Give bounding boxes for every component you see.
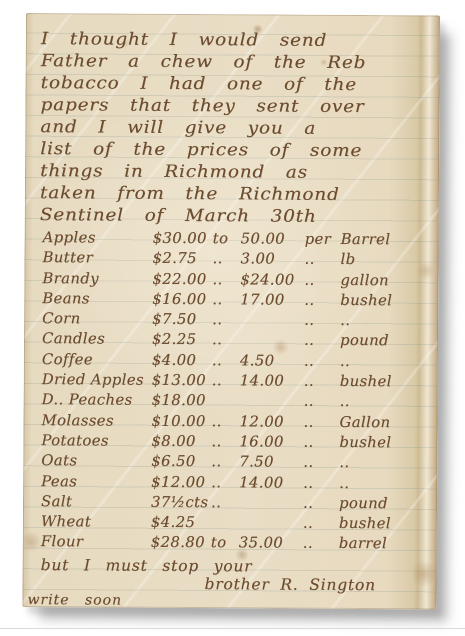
price-item: Corn: [42, 310, 152, 328]
price-connector-2: ..: [304, 292, 340, 309]
price-from: $18.00: [152, 392, 212, 409]
letter-photo: I thought I would send Father a chew of …: [0, 0, 465, 636]
price-item: Apples: [43, 229, 153, 247]
price-from: $4.00: [152, 352, 212, 369]
price-row: Peas $12.00 .. 14.00 .. ..: [23, 473, 437, 496]
price-item: Molasses: [41, 412, 151, 430]
price-unit: ..: [339, 454, 437, 472]
price-unit: bushel: [340, 292, 438, 310]
letter-line: I thought I would send: [41, 28, 440, 53]
price-unit: pound: [340, 332, 438, 350]
price-row: Butter $2.75 .. 3.00 .. lb: [24, 249, 438, 272]
price-unit: bushel: [339, 434, 437, 452]
price-from: $6.50: [151, 453, 211, 470]
price-to: 35.00: [239, 535, 303, 552]
price-unit: barrel: [339, 535, 437, 553]
price-row: Molasses $10.00 .. 12.00 .. Gallon: [23, 412, 437, 435]
price-to: 50.00: [241, 230, 305, 247]
price-unit: ..: [340, 312, 438, 330]
letter-paper: I thought I would send Father a chew of …: [22, 13, 440, 610]
price-unit: ..: [339, 474, 437, 492]
price-connector: ..: [212, 271, 240, 288]
price-list: Apples $30.00 to 50.00 per Barrel Butter…: [23, 229, 439, 556]
price-row: Oats $6.50 .. 7.50 .. ..: [23, 452, 437, 475]
price-connector: ..: [211, 474, 239, 491]
price-item: Candles: [42, 331, 152, 349]
price-row: Corn $7.50 .. .. ..: [24, 310, 438, 333]
price-from: $16.00: [152, 291, 212, 308]
price-connector-2: ..: [303, 474, 339, 491]
price-item: Potatoes: [41, 432, 151, 450]
letter-line: Father a chew of the Reb: [41, 50, 440, 75]
price-row: Wheat $4.25 .. bushel: [23, 513, 437, 536]
price-item: Oats: [41, 452, 151, 470]
price-to: 7.50: [239, 454, 303, 471]
price-connector: to: [213, 230, 241, 247]
price-row: Potatoes $8.00 .. 16.00 .. bushel: [23, 432, 437, 455]
price-connector: ..: [212, 291, 240, 308]
price-connector: ..: [211, 413, 239, 430]
price-from: $22.00: [152, 270, 212, 287]
letter-line: things in Richmond as: [40, 160, 440, 185]
price-to: 3.00: [240, 251, 304, 268]
price-item: Dried Apples: [42, 371, 152, 389]
price-connector: ..: [212, 250, 240, 267]
price-to: $24.00: [240, 271, 304, 288]
price-from: $30.00: [153, 230, 213, 247]
price-connector-2: ..: [303, 495, 339, 512]
price-connector-2: ..: [304, 271, 340, 288]
price-connector-2: ..: [304, 352, 340, 369]
price-from: $7.50: [152, 311, 212, 328]
price-item: Salt: [41, 493, 151, 511]
price-to: 14.00: [239, 474, 303, 491]
price-connector: to: [211, 535, 239, 552]
letter-line: list of the prices of some: [40, 138, 440, 163]
price-unit: ..: [340, 353, 438, 371]
price-connector-2: ..: [304, 373, 340, 390]
price-from: $10.00: [151, 412, 211, 429]
price-unit: pound: [339, 495, 437, 513]
price-connector: ..: [212, 352, 240, 369]
price-from: $8.00: [151, 433, 211, 450]
price-connector: ..: [212, 332, 240, 349]
price-connector-2: ..: [303, 454, 339, 471]
price-item: Brandy: [42, 270, 152, 288]
price-unit: Barrel: [341, 231, 439, 249]
price-to: 14.00: [240, 372, 304, 389]
price-from: $4.25: [151, 514, 211, 531]
price-from: $13.00: [152, 372, 212, 389]
price-unit: ..: [340, 393, 438, 411]
price-row: Apples $30.00 to 50.00 per Barrel: [25, 229, 439, 252]
price-connector: ..: [211, 453, 239, 470]
price-item: Flour: [41, 534, 151, 552]
price-item: Peas: [41, 473, 151, 491]
price-from: $28.80: [151, 534, 211, 551]
price-unit: lb: [340, 251, 438, 269]
price-row: Dried Apples $13.00 .. 14.00 .. bushel: [24, 371, 438, 394]
price-to: 12.00: [239, 413, 303, 430]
price-item: Wheat: [41, 513, 151, 531]
price-connector: ..: [211, 494, 239, 511]
price-connector: ..: [211, 433, 239, 450]
price-from: 37½cts: [151, 494, 211, 511]
price-connector-2: ..: [303, 535, 339, 552]
price-row: Flour $28.80 to 35.00 .. barrel: [23, 533, 437, 556]
letter-line: taken from the Richmond: [40, 182, 440, 207]
price-connector-2: ..: [303, 515, 339, 532]
price-unit: Gallon: [339, 414, 437, 432]
letter-line: papers that they sent over: [40, 94, 440, 119]
price-row: Beans $16.00 .. 17.00 .. bushel: [24, 290, 438, 313]
price-connector-2: ..: [304, 251, 340, 268]
price-from: $2.25: [152, 331, 212, 348]
price-row: Candles $2.25 .. .. pound: [24, 330, 438, 353]
price-row: Coffee $4.00 .. 4.50 .. ..: [24, 351, 438, 374]
price-connector-2: ..: [304, 393, 340, 410]
price-from: $12.00: [151, 473, 211, 490]
price-from: $2.75: [152, 250, 212, 267]
price-connector-2: ..: [303, 413, 339, 430]
background-edge-line: [0, 628, 465, 629]
price-connector-2: ..: [303, 434, 339, 451]
price-row: D.. Peaches $18.00 .. ..: [24, 391, 438, 414]
price-connector-2: per: [305, 231, 341, 248]
price-item: Butter: [42, 249, 152, 267]
price-item: Coffee: [42, 351, 152, 369]
price-unit: bushel: [339, 515, 437, 533]
price-unit: bushel: [340, 373, 438, 391]
price-connector-2: ..: [304, 332, 340, 349]
price-row: Brandy $22.00 .. $24.00 .. gallon: [24, 270, 438, 293]
price-connector: ..: [212, 311, 240, 328]
price-to: 4.50: [240, 352, 304, 369]
postscript: write soon: [22, 592, 436, 610]
letter-line: Sentinel of March 30th: [40, 204, 440, 229]
price-to: 17.00: [240, 291, 304, 308]
price-unit: gallon: [340, 272, 438, 290]
price-connector-2: ..: [304, 312, 340, 329]
price-to: 16.00: [239, 433, 303, 450]
price-item: D.. Peaches: [42, 391, 152, 409]
price-row: Salt 37½cts .. .. pound: [23, 493, 437, 516]
letter-intro: I thought I would send Father a chew of …: [25, 13, 440, 229]
price-item: Beans: [42, 290, 152, 308]
letter-line: and I will give you a: [40, 116, 440, 141]
letter-line: tobacco I had one of the: [41, 72, 440, 97]
closing-line: but I must stop your: [23, 556, 437, 577]
price-connector: ..: [212, 372, 240, 389]
